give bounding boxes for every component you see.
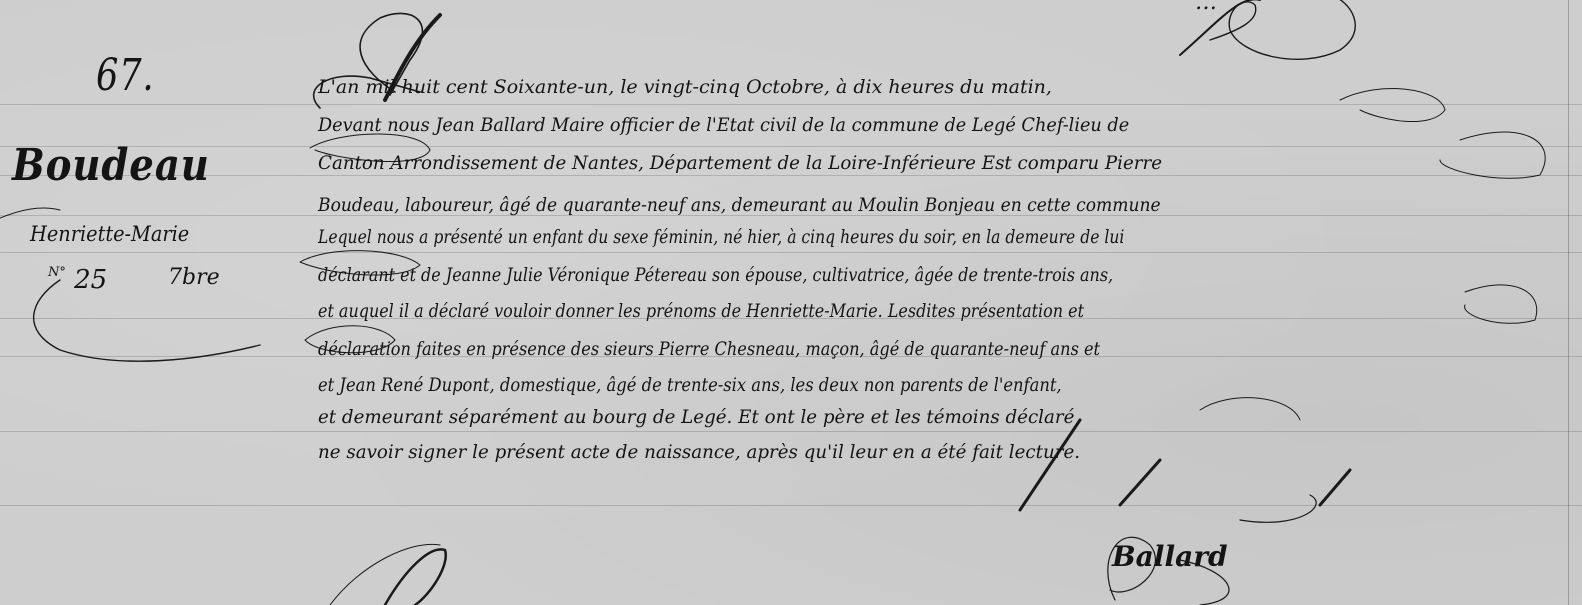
page-edge-line	[1568, 0, 1569, 605]
record-line: Canton Arrondissement de Nantes, Départe…	[318, 152, 1162, 174]
mayor-signature: Ballard	[1112, 540, 1228, 573]
record-line: et Jean René Dupont, domestique, âgé de …	[318, 374, 1062, 396]
margin-annotation: 67. Boudeau Henriette-Marie N° 25 7bre	[0, 0, 290, 605]
record-line: déclaration faites en présence des sieur…	[318, 338, 1100, 360]
record-line: et auquel il a déclaré vouloir donner le…	[318, 300, 1084, 322]
scanned-register-page: 67. Boudeau Henriette-Marie N° 25 7bre ……	[0, 0, 1582, 605]
record-line: et demeurant séparément au bourg de Legé…	[318, 406, 1074, 428]
act-number: 67.	[96, 50, 154, 101]
child-given-names: Henriette-Marie	[30, 222, 189, 246]
act-date: N° 25 7bre	[48, 265, 238, 295]
act-month: 7bre	[168, 265, 220, 290]
record-line: L'an mil huit cent Soixante-un, le vingt…	[318, 76, 1052, 98]
record-line: Devant nous Jean Ballard Maire officier …	[318, 114, 1129, 136]
record-line: Lequel nous a présenté un enfant du sexe…	[318, 226, 1124, 248]
number-prefix: N°	[48, 265, 66, 280]
act-day: 25	[74, 265, 107, 295]
record-line: Boudeau, laboureur, âgé de quarante-neuf…	[318, 194, 1161, 216]
record-line: déclarant et de Jeanne Julie Véronique P…	[318, 264, 1113, 286]
record-line: ne savoir signer le présent acte de nais…	[318, 441, 1080, 463]
child-surname: Boudeau	[12, 140, 210, 191]
previous-record-signature: …	[1195, 0, 1217, 15]
